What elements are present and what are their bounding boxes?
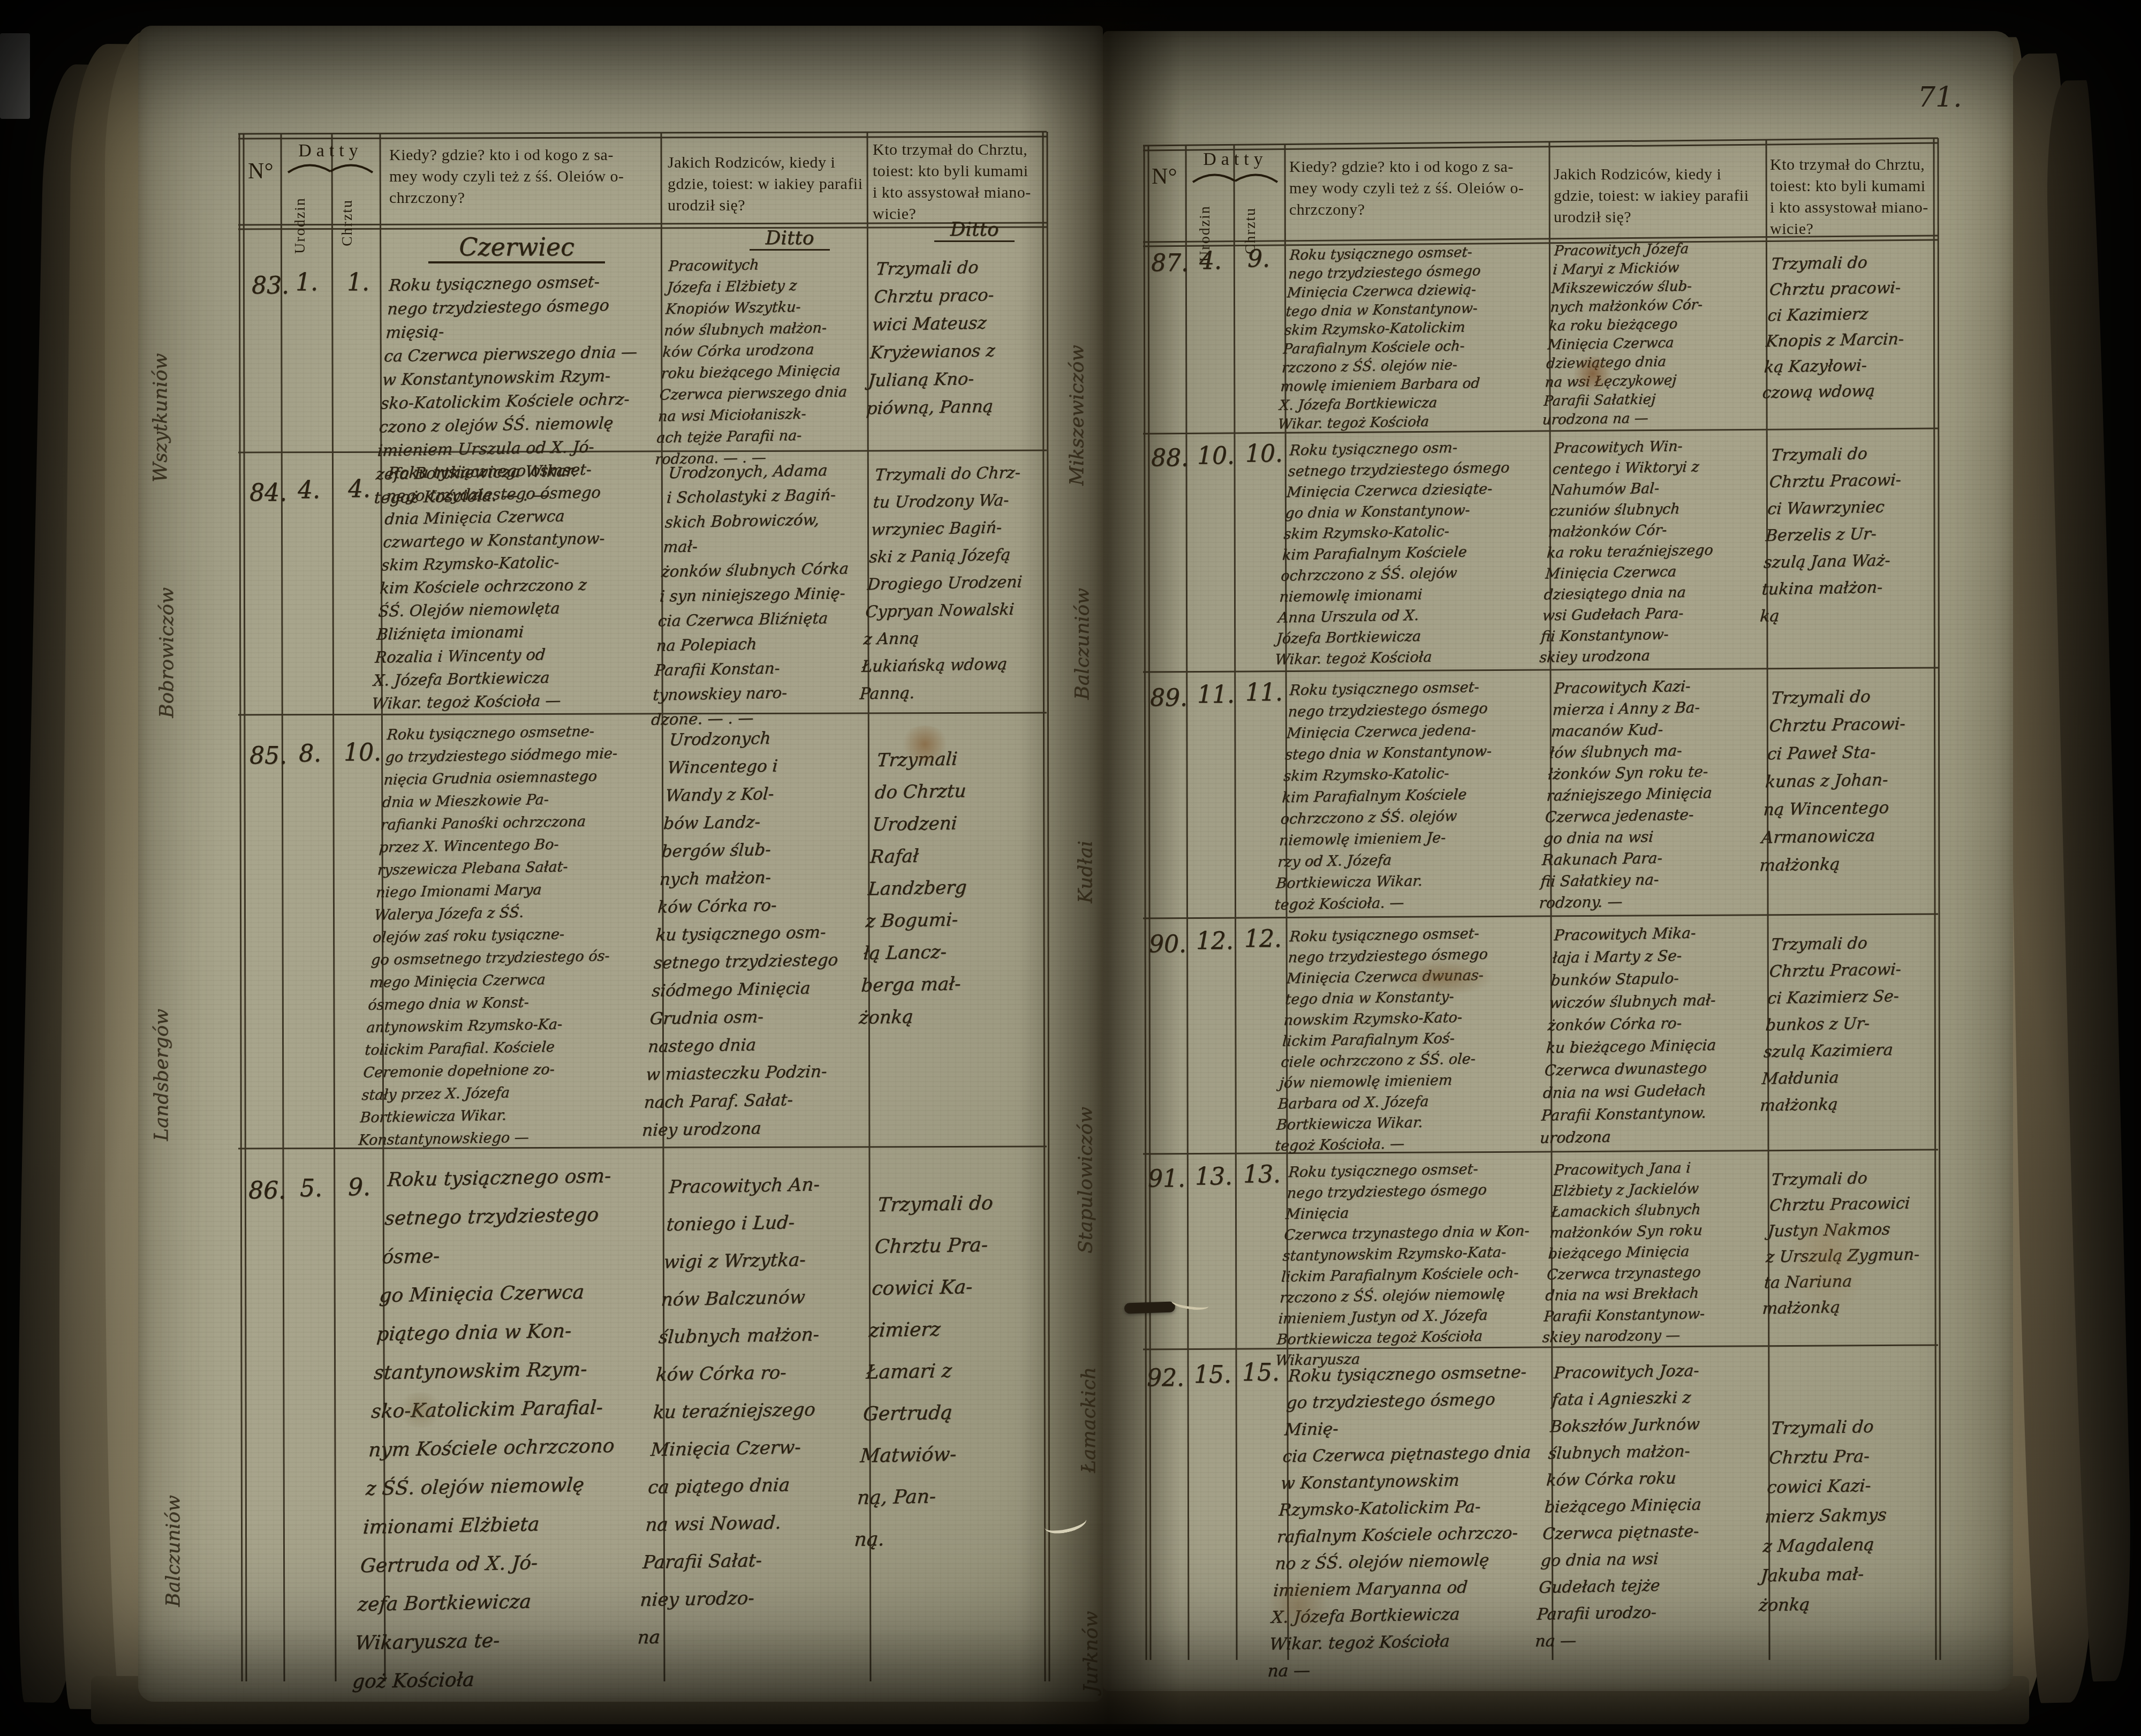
record-cell-parents: Urodzonych, Adama i Scholastyki z Bagiń-… xyxy=(650,457,862,732)
birth-date: 11. xyxy=(1197,681,1235,708)
record-cell-parents: Pracowitych Win- centego i Wiktoryi z Na… xyxy=(1539,434,1761,668)
record-cell-parents: Pracowitych An- toniego i Lud- wigi z Wr… xyxy=(636,1165,862,1656)
margin-note: Balczuniów xyxy=(162,1495,184,1607)
page-number: 71. xyxy=(1918,81,1962,114)
birth-date: 15. xyxy=(1194,1361,1231,1388)
record-cell-parents: Pracowitych Mika- łaja i Marty z Se- bun… xyxy=(1539,920,1761,1149)
record-cell-parents: Pracowitych Józefa i Elżbiety z Knopiów … xyxy=(654,253,862,471)
record-cell-godparents: Trzymali do Chrztu Pracowi- ci Kazimierz… xyxy=(1759,929,1931,1120)
record-cell-godparents: Trzymali do Chrztu Pracowi- ci Wawrzynie… xyxy=(1759,440,1931,630)
record-number: 89. xyxy=(1150,684,1187,712)
column-header-no: N° xyxy=(1146,166,1183,187)
birth-date: 13. xyxy=(1195,1163,1232,1190)
ditto-label: Ditto xyxy=(934,218,1015,242)
column-header-born: Urodzin xyxy=(292,197,309,254)
birth-date: 10. xyxy=(1197,442,1235,470)
record-cell-parents: Pracowitych Kazi- mierza i Anny z Ba- ma… xyxy=(1538,674,1761,914)
record-number: 91. xyxy=(1148,1165,1185,1192)
brace-icon xyxy=(285,161,376,175)
margin-note: Wszytkuniów xyxy=(149,353,171,482)
record-cell-baptism: Roku tysiącznego osmset- nego trzydziest… xyxy=(1274,922,1546,1157)
margin-note: Bobrowiczów xyxy=(156,587,178,718)
column-header-baptism: Kiedy? gdzie? kto i od kogo z sa- mey wo… xyxy=(1289,156,1546,221)
record-cell-baptism: Roku tysiącznego osm- setnego trzydziest… xyxy=(351,1156,655,1701)
record-cell-baptism: Roku tysiącznego osmsetne- go trzydziest… xyxy=(1267,1358,1546,1685)
margin-note: Landsbergów xyxy=(150,1009,172,1141)
record-cell-godparents: Trzymali do Chrztu pracowi- ci Kazimierz… xyxy=(1761,249,1932,406)
baptism-date: 12. xyxy=(1244,925,1282,953)
record-cell-baptism: Roku tysiącznego osmset- nego trzydziest… xyxy=(371,457,655,715)
birth-date: 12. xyxy=(1196,927,1234,955)
baptism-date: 4. xyxy=(348,475,370,503)
record-cell-godparents: Trzymali do Chrztu Pra- cowici Kazi- mie… xyxy=(1758,1411,1932,1620)
record-number: 88. xyxy=(1151,444,1189,472)
record-cell-godparents: Trzymali do Chrztu Pra- cowici Ka- zimie… xyxy=(853,1182,1040,1561)
record-cell-baptism: Roku tysiącznego osmset- nego trzydziest… xyxy=(1275,1158,1546,1371)
birth-date: 1. xyxy=(296,269,318,296)
baptism-date: 11. xyxy=(1245,679,1283,706)
margin-note: Stapulowiczów xyxy=(1075,1107,1096,1254)
column-header-datty: Datty xyxy=(281,140,380,162)
record-cell-godparents: Trzymali do Chrz- tu Urodzony Wa- wrzyni… xyxy=(859,459,1041,708)
record-cell-parents: Pracowitych Jana i Elżbiety z Jackielów … xyxy=(1541,1156,1761,1348)
column-header-parents: Jakich Rodziców, kiedy i gdzie, toiest: … xyxy=(668,152,866,216)
record-cell-parents: Urodzonych Wincentego i Wandy z Kol- bów… xyxy=(641,723,862,1144)
binding-stitch xyxy=(1124,1301,1176,1314)
margin-note: Kudłai xyxy=(1075,841,1096,903)
baptism-date: 15. xyxy=(1242,1359,1280,1386)
baptism-date: 9. xyxy=(1247,245,1270,273)
ditto-label: Ditto xyxy=(750,227,830,251)
baptism-date: 9. xyxy=(348,1174,370,1201)
record-cell-godparents: Trzymali do Chrztu Urodzeni Rafał Landzb… xyxy=(858,742,1039,1034)
record-number: 90. xyxy=(1149,931,1186,958)
month-heading: Czerwiec xyxy=(428,232,605,263)
margin-note: Jurknów xyxy=(1080,1611,1102,1693)
record-cell-baptism: Roku tysiącznego osmset- nego trzydziest… xyxy=(1277,242,1546,434)
baptism-date: 13. xyxy=(1243,1161,1281,1188)
column-header-baptized: Chrztu xyxy=(339,199,356,246)
birth-date: 8. xyxy=(299,740,321,767)
record-number: 87. xyxy=(1151,250,1189,277)
baptism-date: 1. xyxy=(347,269,369,296)
baptism-date: 10. xyxy=(1245,440,1283,467)
margin-note: Balczuniów xyxy=(1071,588,1093,700)
brace-icon xyxy=(1190,170,1281,184)
record-cell-baptism: Roku tysiącznego osmsetne- go trzydziest… xyxy=(358,719,655,1152)
record-number: 92. xyxy=(1147,1364,1184,1392)
column-header-godparents: Kto trzymał do Chrztu, toiest: kto byli … xyxy=(873,139,1043,225)
record-cell-godparents: Trzymali do Chrztu Pracowi- ci Paweł Sta… xyxy=(1759,682,1932,880)
margin-note: Mikszewiczów xyxy=(1066,345,1088,486)
margin-note: Łamackich xyxy=(1078,1367,1100,1473)
record-number: 83. xyxy=(252,272,289,299)
column-header-godparents: Kto trzymał do Chrztu, toiest: kto byli … xyxy=(1770,154,1936,240)
record-cell-baptism: Roku tysiącznego osm- setnego trzydziest… xyxy=(1274,436,1546,670)
column-header-datty: Datty xyxy=(1186,149,1285,170)
column-header-no: N° xyxy=(244,161,278,182)
record-number: 84. xyxy=(249,479,287,507)
record-number: 85. xyxy=(249,742,287,769)
record-cell-godparents: Trzymali do Chrztu Pracowici Justyn Nakm… xyxy=(1761,1165,1932,1322)
record-cell-parents: Pracowitych Józefa i Maryi z Mickiów Mik… xyxy=(1541,238,1761,429)
record-cell-godparents: Trzymali do Chrztu praco- wici Mateusz K… xyxy=(865,252,1041,422)
birth-date: 4. xyxy=(1199,247,1222,275)
record-cell-parents: Pracowitych Joza- fata i Agnieszki z Bok… xyxy=(1534,1356,1761,1655)
column-header-parents: Jakich Rodziców, kiedy i gdzie, toiest: … xyxy=(1554,164,1764,228)
record-cell-baptism: Roku tysiącznego osmset- nego trzydziest… xyxy=(1274,676,1546,916)
birth-date: 5. xyxy=(300,1175,322,1202)
baptism-date: 10. xyxy=(344,739,381,766)
register-book-scan: N° Datty Urodzin Chrztu Kiedy? gdzie? kt… xyxy=(0,0,2141,1736)
birth-date: 4. xyxy=(298,477,320,504)
record-number: 86. xyxy=(248,1177,286,1204)
column-header-baptism: Kiedy? gdzie? kto i od kogo z sa- mey wo… xyxy=(389,145,657,209)
